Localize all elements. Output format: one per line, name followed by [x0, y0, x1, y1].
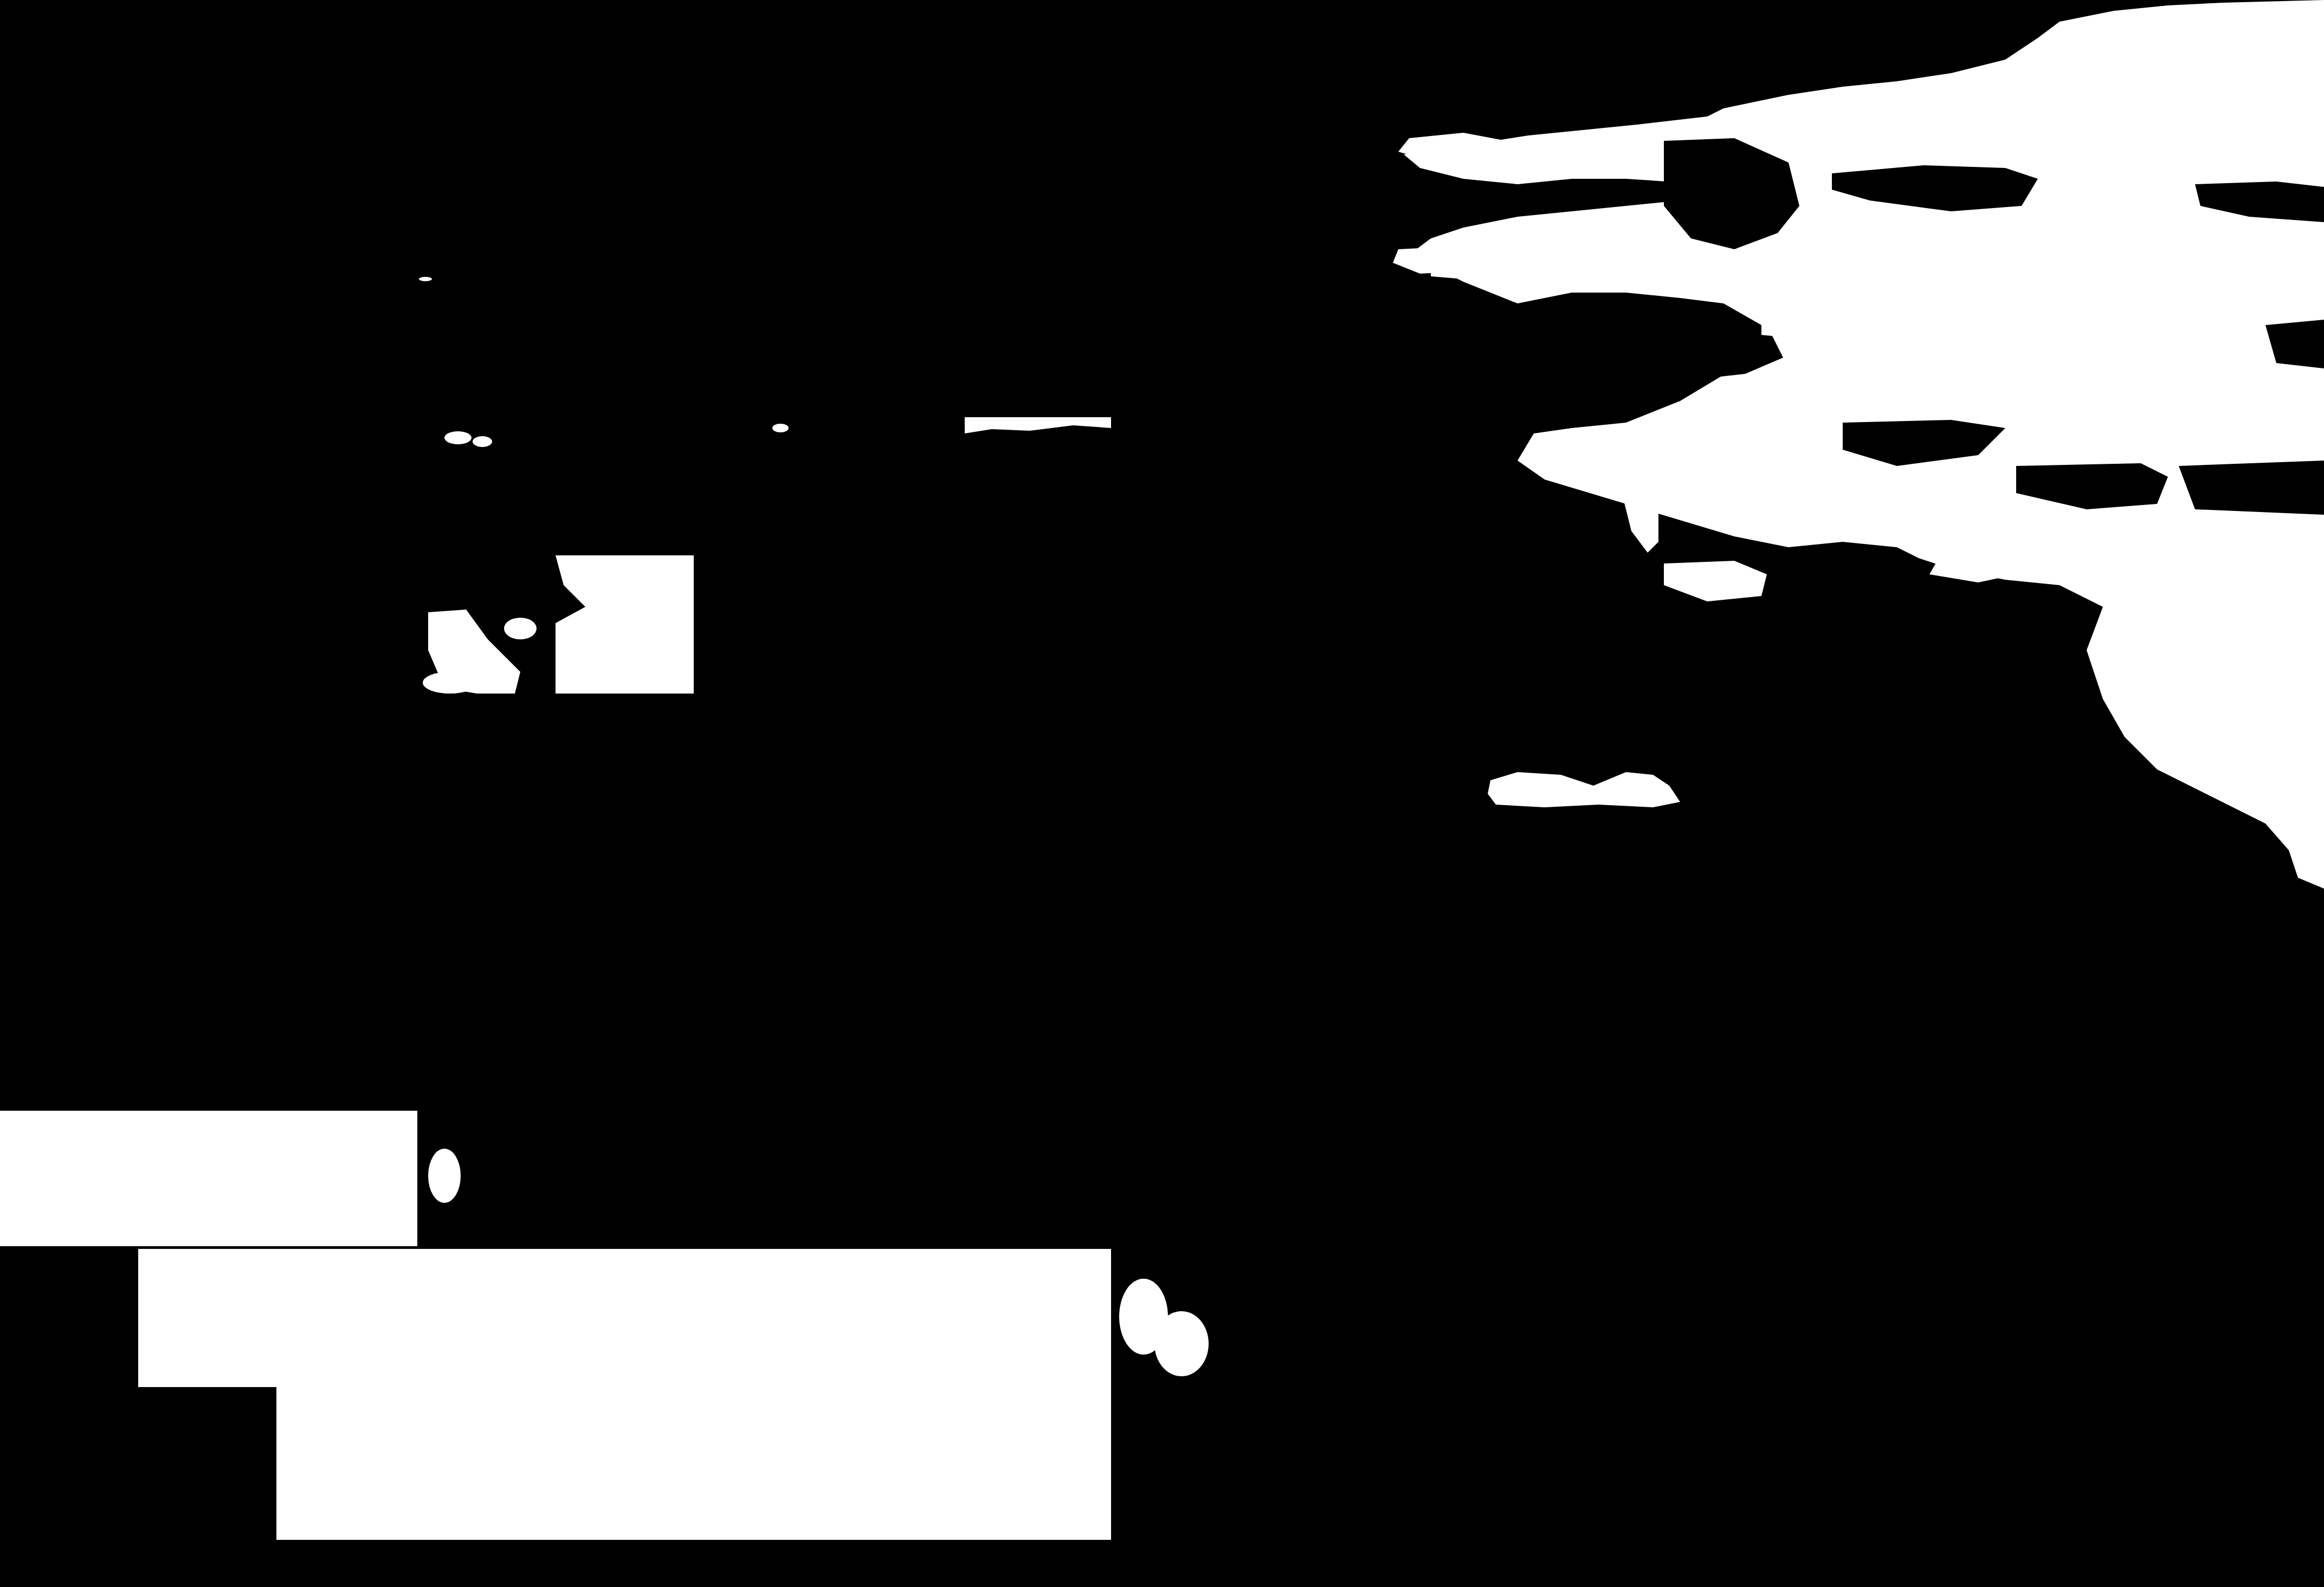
mask-region: [0, 1111, 417, 1246]
mask-region: [504, 618, 537, 639]
segmentation-mask: [0, 0, 2324, 1587]
mask-gap: [2179, 461, 2324, 515]
mask-region: [304, 1111, 347, 1132]
mask-region: [473, 436, 492, 447]
mask-region: [276, 1387, 1111, 1540]
mask-region: [1154, 1311, 1209, 1376]
mask-region: [138, 1249, 1111, 1387]
mask-region: [444, 431, 472, 444]
mask-region: [0, 1111, 417, 1112]
mask-region: [556, 555, 694, 694]
mask-region: [419, 277, 432, 281]
mask-region: [423, 672, 477, 694]
mask-region: [2233, 781, 2265, 801]
mask-region: [428, 1149, 461, 1203]
mask-region: [772, 424, 789, 432]
mask-region: [2157, 580, 2179, 591]
mask-region: [2300, 840, 2320, 872]
mask-region: [360, 1119, 398, 1146]
